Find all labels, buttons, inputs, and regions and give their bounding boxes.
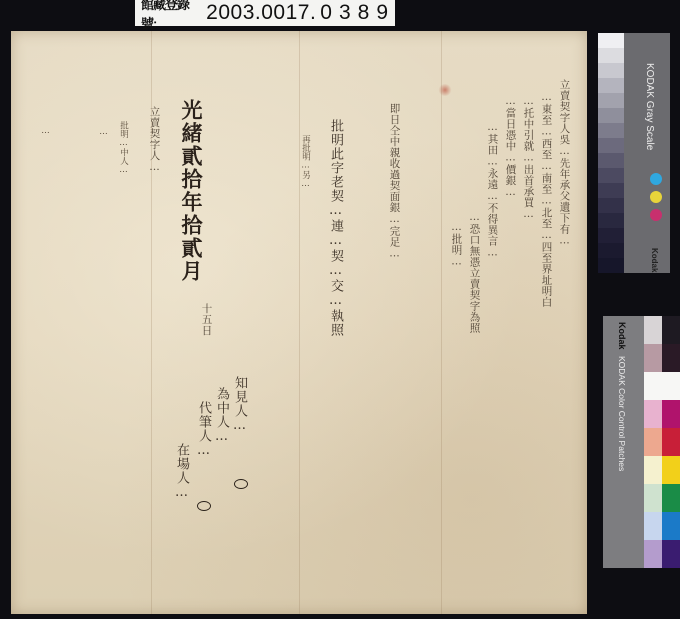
body-column: …恐口無憑立賣契字為照 — [469, 211, 480, 334]
color-card-title: KODAK Color Control Patches — [617, 356, 627, 471]
fold-line — [299, 31, 300, 614]
left-note-column: 批明…中人… — [119, 121, 128, 175]
color-card-info: Kodak KODAK Color Control Patches — [603, 316, 644, 568]
seal-mark — [197, 501, 211, 511]
body-column: …批明… — [451, 221, 462, 268]
catalog-number-tail: 0389 — [320, 1, 395, 24]
document-paper: 立賣契字人吳…先年承父遺下有… …東至…西至…南至…北至…四至界址明白 …托中引… — [11, 31, 587, 614]
catalog-number: 2003.0017.0389 — [206, 1, 395, 25]
red-stamp-mark — [438, 84, 452, 96]
receipt-column: 即日仝中親收過契面銀…完足… — [389, 103, 400, 260]
gray-steps — [598, 33, 624, 273]
yellow-dot-icon — [650, 191, 662, 203]
seller-column: 立賣契字人… — [149, 106, 160, 174]
body-column: 立賣契字人吳…先年承父遺下有… — [559, 79, 570, 247]
kodak-logo: Kodak — [617, 322, 627, 350]
body-column: …托中引就…出首承買… — [523, 95, 534, 221]
date-day: 十五日 — [201, 303, 212, 336]
catalog-number-label: 館藏登錄號: 2003.0017.0389 — [135, 0, 395, 26]
magenta-dot-icon — [650, 209, 662, 221]
signature-scribe: 代筆人… — [197, 401, 210, 459]
note-sub-column: 再批明…另… — [301, 135, 310, 189]
body-column: …東至…西至…南至…北至…四至界址明白 — [541, 91, 552, 308]
signature-present: 在場人… — [175, 443, 188, 501]
kodak-gray-scale-card: KODAK Gray Scale Kodak — [598, 33, 670, 273]
gray-card-title: KODAK Gray Scale — [644, 63, 655, 150]
body-column: …當日憑中…價銀… — [505, 95, 516, 199]
fold-line — [441, 31, 442, 614]
left-note-column: … — [41, 126, 50, 136]
seal-mark — [234, 479, 248, 489]
left-note-column: … — [99, 127, 108, 137]
catalog-label-prefix: 館藏登錄號: — [141, 0, 202, 32]
kodak-logo: Kodak — [650, 248, 659, 272]
color-swatches — [644, 316, 680, 568]
signature-witness: 知見人… — [233, 376, 246, 434]
note-main-column: 批明此字老契…連…契…交…執照 — [329, 119, 342, 337]
cyan-dot-icon — [650, 173, 662, 185]
gray-card-info: KODAK Gray Scale Kodak — [624, 33, 670, 273]
signature-middleman: 為中人… — [215, 387, 228, 445]
body-column: …其田…永遠…不得異言… — [487, 121, 498, 259]
date-heading: 光緒貳拾年拾貳月 — [181, 99, 202, 283]
kodak-color-patches-card: Kodak KODAK Color Control Patches — [603, 316, 680, 568]
